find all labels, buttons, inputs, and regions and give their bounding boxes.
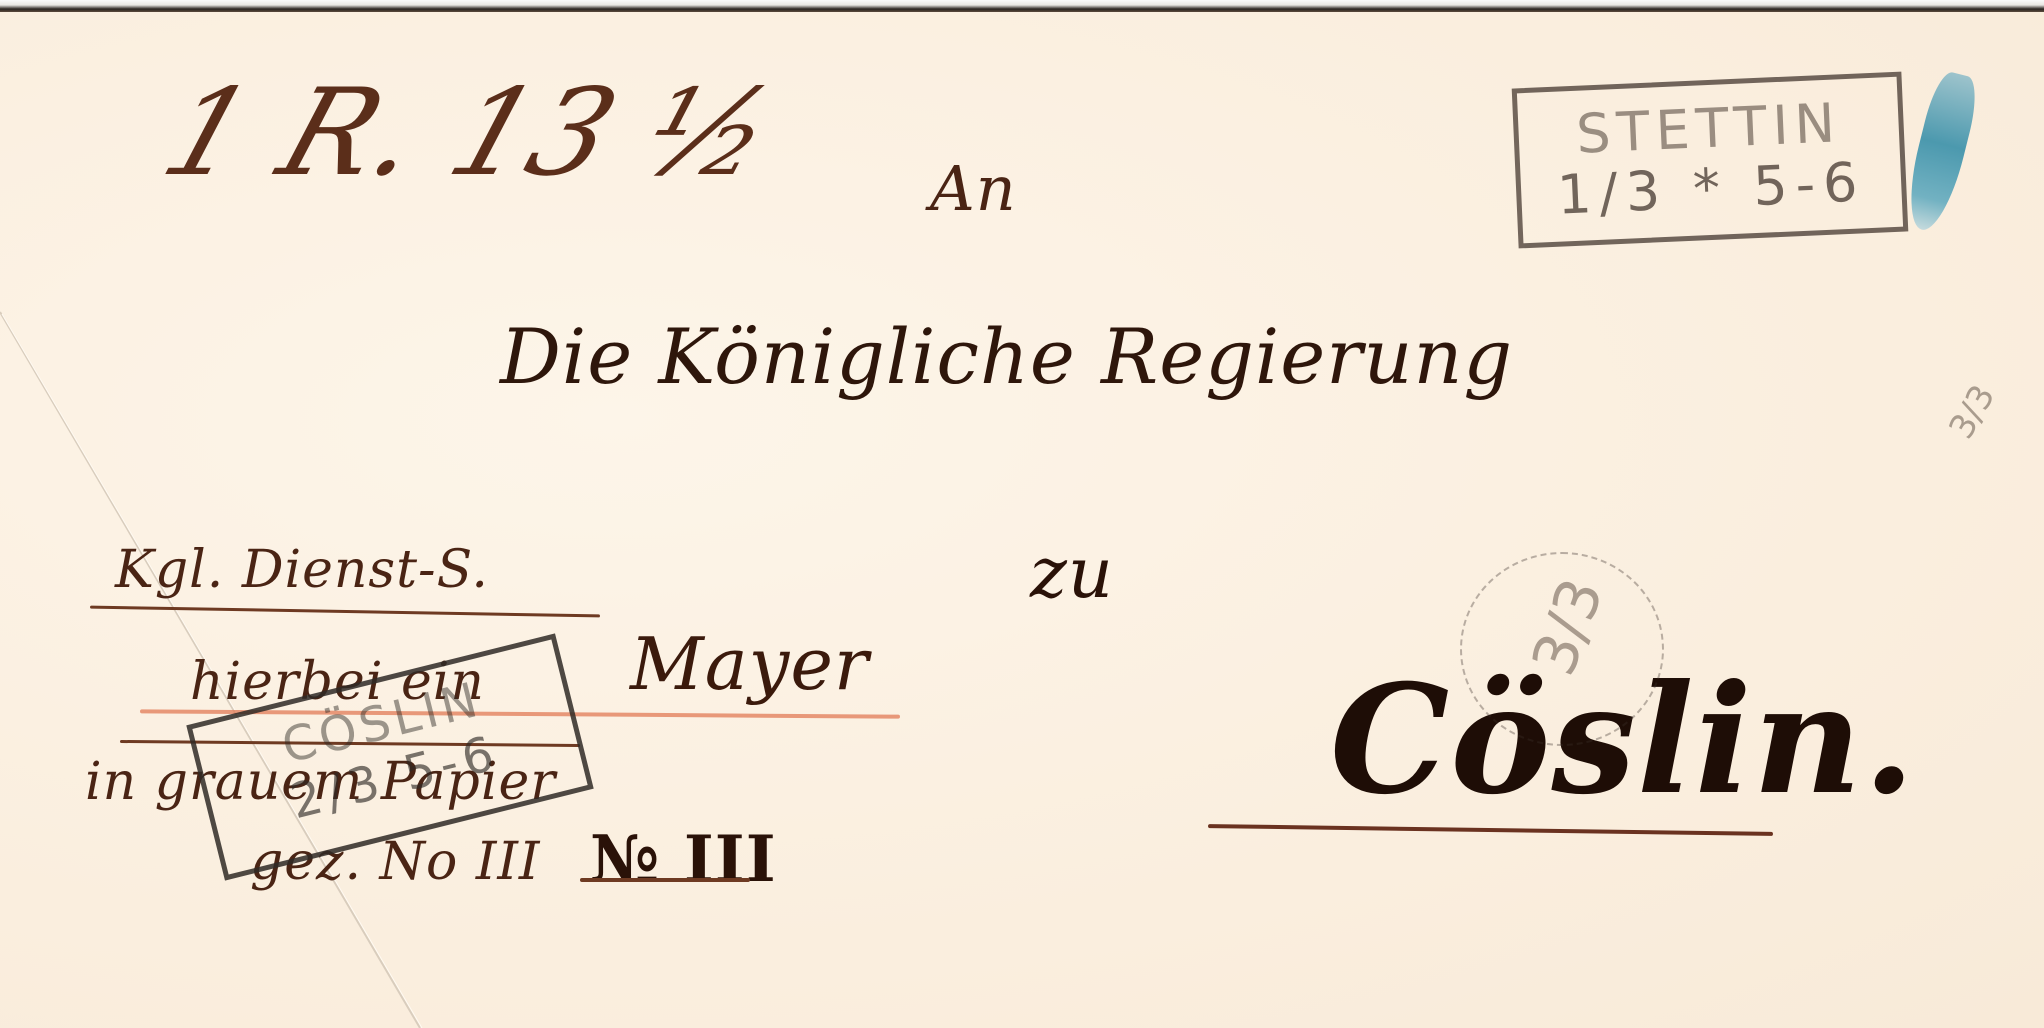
postage-rate-marking: 1 R. 13 ½ <box>147 64 789 203</box>
salutation: An <box>930 152 1017 225</box>
official-service-note: Kgl. Dienst-S. <box>115 540 489 600</box>
address-preposition: zu <box>1030 532 1114 614</box>
envelope-top-edge <box>0 0 2044 12</box>
addressee: Die Königliche Regierung <box>500 312 1513 401</box>
blue-crayon-mark <box>1899 69 1982 235</box>
right-edge-mark: 3/3 <box>1941 378 2003 445</box>
numeral-underline <box>580 878 750 882</box>
sender-name: Mayer <box>630 622 869 706</box>
stettin-postmark: STETTIN 1/3 * 5-6 <box>1512 72 1909 249</box>
registry-number: № III <box>590 822 777 897</box>
note-underline-1 <box>90 606 600 618</box>
envelope: 1 R. 13 ½ An Die Königliche Regierung zu… <box>0 12 2044 1028</box>
